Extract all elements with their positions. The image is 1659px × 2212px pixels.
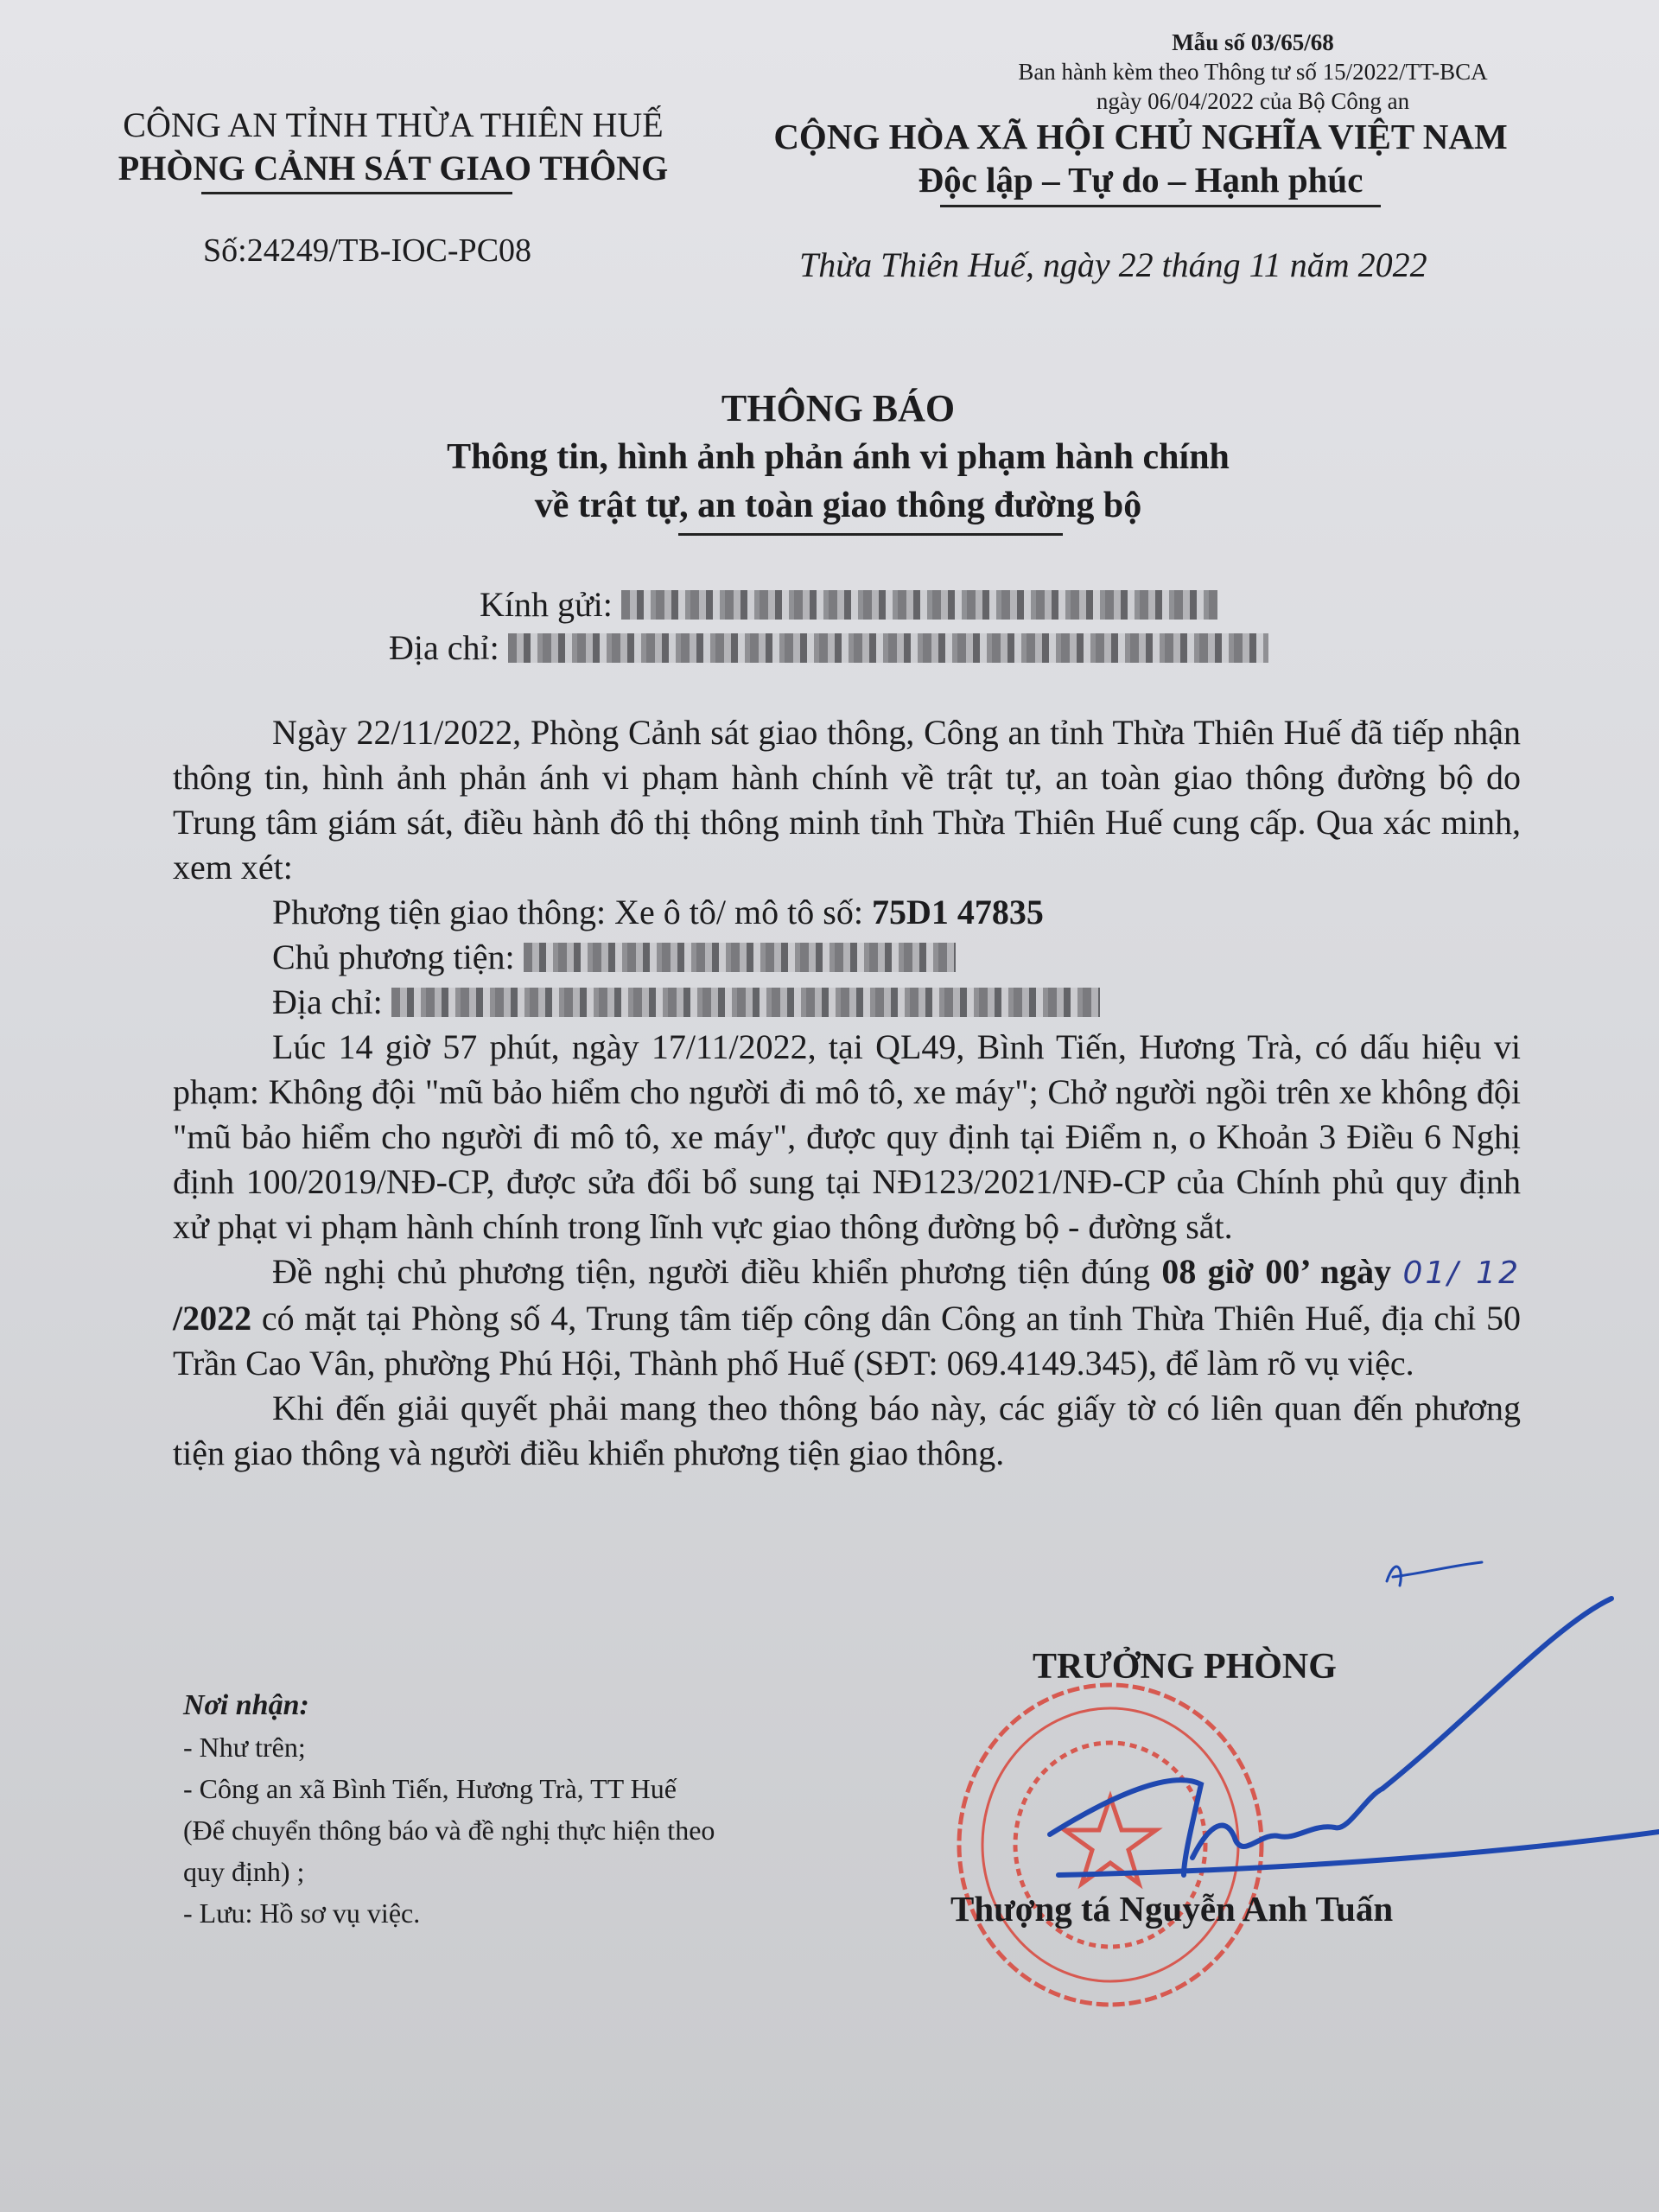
title-line-1: Thông tin, hình ảnh phản ánh vi phạm hàn…	[380, 433, 1296, 481]
paragraph-documents: Khi đến giải quyết phải mang theo thông …	[173, 1386, 1521, 1476]
addressee-redacted	[621, 590, 1217, 620]
addressee-label: Kính gửi:	[480, 585, 613, 624]
form-number-block: Mẫu số 03/65/68 Ban hành kèm theo Thông …	[942, 28, 1564, 116]
recipient-item: quy định) ;	[183, 1851, 715, 1892]
form-number: Mẫu số 03/65/68	[942, 28, 1564, 57]
signer-position: TRƯỞNG PHÒNG	[1033, 1646, 1337, 1688]
issued-with: Ban hành kèm theo Thông tư số 15/2022/TT…	[942, 57, 1564, 86]
notice-title: THÔNG BÁO Thông tin, hình ảnh phản ánh v…	[380, 385, 1296, 530]
national-motto: Độc lập – Tự do – Hạnh phúc	[743, 158, 1538, 201]
recipient-item: - Công an xã Bình Tiến, Hương Trà, TT Hu…	[183, 1768, 715, 1809]
vehicle-line: Phương tiện giao thông: Xe ô tô/ mô tô s…	[173, 890, 1521, 935]
issuer-underline	[201, 192, 512, 194]
paragraph-summons: Đề nghị chủ phương tiện, người điều khiể…	[173, 1249, 1521, 1386]
issuer-block: CÔNG AN TỈNH THỪA THIÊN HUẾ PHÒNG CẢNH S…	[78, 104, 709, 190]
owner-line: Chủ phương tiện:	[173, 935, 1521, 980]
owner-address-label: Địa chỉ:	[272, 982, 383, 1021]
title-underline	[678, 533, 1063, 536]
addressee-address-line: Địa chỉ:	[389, 627, 1268, 668]
handwritten-date: 01/ 12	[1402, 1255, 1521, 1291]
national-header: CỘNG HÒA XÃ HỘI CHỦ NGHĨA VIỆT NAM Độc l…	[743, 115, 1538, 201]
title-line-2: về trật tự, an toàn giao thông đường bộ	[380, 481, 1296, 530]
signer-name: Thượng tá Nguyễn Anh Tuấn	[950, 1888, 1393, 1929]
recipient-item: - Như trên;	[183, 1726, 715, 1768]
recipients-heading: Nơi nhận:	[183, 1685, 715, 1726]
signature-icon	[1050, 1562, 1659, 1875]
recipients-block: Nơi nhận: - Như trên; - Công an xã Bình …	[183, 1685, 715, 1934]
issued-date: ngày 06/04/2022 của Bộ Công an	[942, 86, 1564, 116]
address-label: Địa chỉ:	[389, 628, 499, 667]
issuer-department: PHÒNG CẢNH SÁT GIAO THÔNG	[78, 147, 709, 190]
owner-address-redacted	[391, 988, 1100, 1017]
notice-body: Ngày 22/11/2022, Phòng Cảnh sát giao thô…	[173, 710, 1521, 1476]
summons-text: Đề nghị chủ phương tiện, người điều khiể…	[272, 1252, 1161, 1291]
document-number: Số:24249/TB-IOC-PC08	[203, 232, 531, 270]
owner-redacted	[524, 943, 956, 972]
summons-year: /2022	[173, 1299, 251, 1338]
owner-label: Chủ phương tiện:	[272, 938, 515, 976]
recipient-item: (Để chuyển thông báo và đề nghị thực hiệ…	[183, 1809, 715, 1851]
official-stamp-icon	[959, 1685, 1262, 2005]
motto-underline	[940, 205, 1381, 207]
vehicle-label: Phương tiện giao thông: Xe ô tô/ mô tô s…	[272, 893, 872, 931]
summons-time: 08 giờ 00’ ngày	[1161, 1252, 1402, 1291]
addressee-line: Kính gửi:	[480, 581, 1217, 629]
notice-document: Mẫu số 03/65/68 Ban hành kèm theo Thông …	[0, 0, 1659, 2212]
paragraph-violation: Lúc 14 giờ 57 phút, ngày 17/11/2022, tại…	[173, 1025, 1521, 1249]
summons-location: có mặt tại Phòng số 4, Trung tâm tiếp cô…	[173, 1299, 1521, 1382]
country-name: CỘNG HÒA XÃ HỘI CHỦ NGHĨA VIỆT NAM	[743, 115, 1538, 158]
issuer-agency: CÔNG AN TỈNH THỪA THIÊN HUẾ	[78, 104, 709, 147]
recipient-item: - Lưu: Hồ sơ vụ việc.	[183, 1892, 715, 1934]
title-main: THÔNG BÁO	[380, 385, 1296, 433]
owner-address-line: Địa chỉ:	[173, 980, 1521, 1025]
vehicle-plate: 75D1 47835	[872, 893, 1044, 931]
paragraph-received: Ngày 22/11/2022, Phòng Cảnh sát giao thô…	[173, 710, 1521, 890]
address-redacted	[508, 633, 1268, 663]
place-date: Thừa Thiên Huế, ngày 22 tháng 11 năm 202…	[799, 245, 1427, 285]
